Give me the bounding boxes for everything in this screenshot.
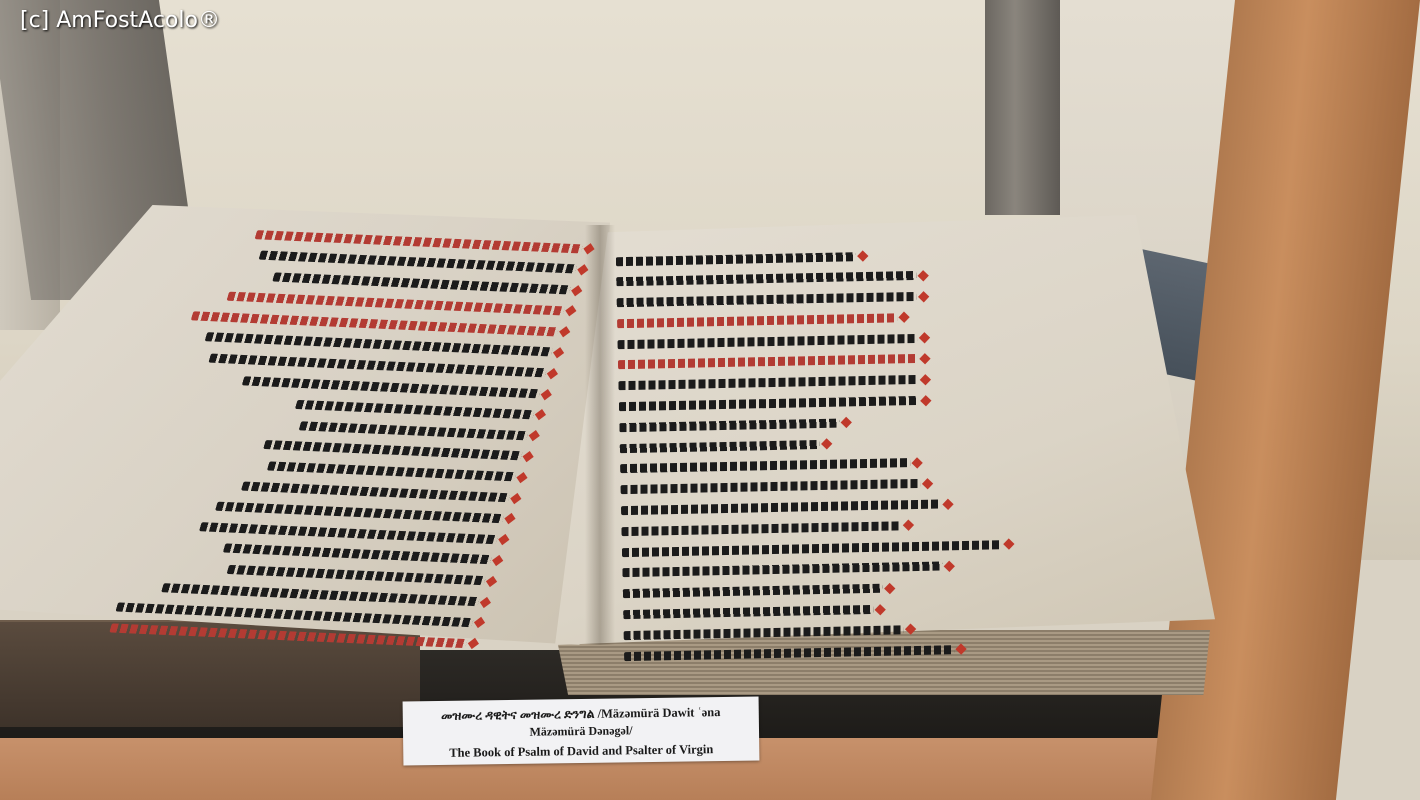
rubric-stop-mark — [1003, 539, 1014, 550]
script-text — [616, 252, 856, 266]
rubric-stop-mark — [919, 353, 930, 364]
script-text — [618, 375, 918, 390]
script-text — [619, 396, 919, 411]
script-text — [622, 540, 1002, 557]
rubric-stop-mark — [922, 478, 933, 489]
manuscript-line — [623, 579, 1023, 601]
manuscript-line — [619, 391, 1019, 413]
script-text — [622, 562, 942, 578]
script-text — [223, 544, 492, 565]
script-text — [161, 583, 480, 606]
right-page-text — [616, 246, 1025, 670]
manuscript-line — [617, 287, 1017, 309]
script-text — [616, 271, 916, 286]
rubric-stop-mark — [911, 457, 922, 468]
rubric-stop-mark — [918, 270, 929, 281]
script-text — [621, 479, 921, 494]
manuscript-line — [622, 537, 1022, 559]
manuscript-line — [616, 267, 1016, 289]
script-text — [199, 522, 498, 544]
manuscript-line — [617, 308, 1017, 330]
manuscript-line — [620, 454, 1020, 476]
rubric-stop-mark — [898, 312, 909, 323]
exhibit-label-card: መዝሙረ ዳዊትና መዝሙረ ድንግል /Mäzəmürä Dawit ʿəna… — [403, 697, 760, 766]
rubric-stop-mark — [920, 395, 931, 406]
manuscript-line — [621, 495, 1021, 517]
script-text — [623, 605, 873, 619]
script-text — [242, 376, 541, 398]
script-text — [620, 440, 820, 453]
script-text — [617, 334, 917, 349]
script-text — [624, 645, 954, 661]
script-text — [263, 440, 523, 460]
script-text — [621, 500, 941, 516]
script-text — [617, 292, 917, 307]
script-text — [618, 354, 918, 369]
label-transliteration: Mäzəmürä Dənəgəl/ — [403, 722, 759, 742]
script-text — [619, 418, 839, 432]
script-text — [624, 625, 904, 640]
watermark: [c] AmFostAcolo® — [20, 8, 220, 33]
manuscript-line — [619, 412, 1019, 434]
script-text — [295, 400, 535, 419]
manuscript-line — [618, 371, 1018, 393]
case-frame-post — [985, 0, 1060, 215]
rubric-stop-mark — [841, 417, 852, 428]
script-text — [272, 272, 571, 294]
book-gutter — [585, 225, 615, 645]
rubric-stop-mark — [955, 644, 966, 655]
rubric-stop-mark — [905, 624, 916, 635]
manuscript-line — [620, 475, 1020, 497]
manuscript-line — [621, 516, 1021, 538]
script-text — [267, 462, 517, 482]
rubric-stop-mark — [875, 604, 886, 615]
manuscript-line — [617, 329, 1017, 351]
rubric-stop-mark — [920, 374, 931, 385]
manuscript-line — [623, 599, 1023, 621]
photo-scene: መዝሙረ ዳዊትና መዝሙረ ድንግል /Mäzəmürä Dawit ʿəna… — [0, 0, 1420, 800]
manuscript-line — [618, 350, 1018, 372]
rubric-stop-mark — [903, 520, 914, 531]
script-text — [241, 482, 510, 503]
rubric-stop-mark — [468, 638, 479, 649]
script-text — [215, 501, 504, 523]
rubric-stop-mark — [821, 438, 832, 449]
manuscript-line — [620, 433, 1020, 455]
script-text — [620, 459, 910, 474]
rubric-stop-mark — [919, 332, 930, 343]
label-english-title: The Book of Psalm of David and Psalter o… — [403, 742, 759, 762]
rubric-stop-mark — [944, 561, 955, 572]
rubric-stop-mark — [884, 583, 895, 594]
script-text — [621, 521, 901, 536]
script-text — [299, 421, 529, 440]
script-text — [623, 584, 883, 598]
script-text — [617, 313, 897, 328]
script-text — [258, 251, 577, 274]
rubric-stop-mark — [918, 291, 929, 302]
manuscript-line — [622, 558, 1022, 580]
manuscript-line — [624, 620, 1024, 642]
script-text — [226, 565, 486, 585]
manuscript-line — [624, 641, 1024, 663]
rubric-stop-mark — [942, 498, 953, 509]
rubric-stop-mark — [857, 250, 868, 261]
